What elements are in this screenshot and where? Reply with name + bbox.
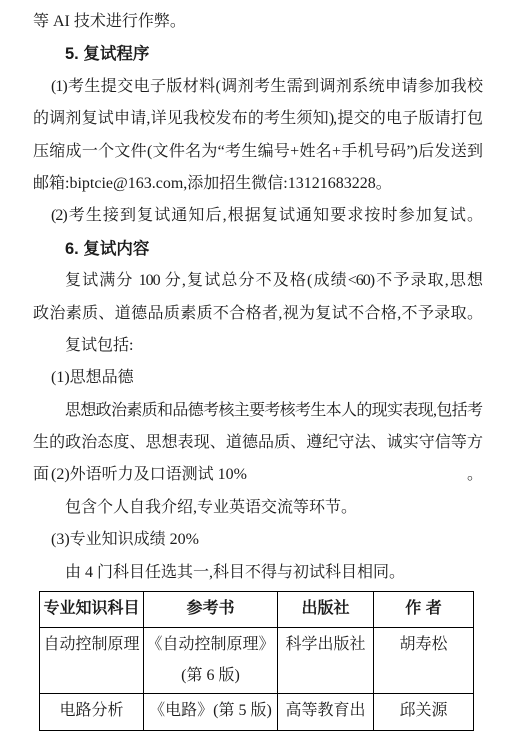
- paragraph-line: 复试满分 100 分,复试总分不及格(成绩<60)不予录取,思想: [33, 265, 482, 297]
- list-item-line: (3)专业知识成绩 20%: [33, 524, 482, 556]
- paragraph-line: 的调剂复试申请,详见我校发布的考生须知),提交的电子版请打包: [33, 103, 482, 135]
- table-header-row: 专业知识科目 参考书 出版社 作 者: [40, 592, 474, 628]
- cell-author: 邱关源: [374, 694, 474, 731]
- cell-publisher: 高等教育出: [278, 694, 374, 731]
- header-publisher: 出版社: [278, 592, 374, 628]
- cell-book: 《自动控制原理》 (第 6 版): [144, 628, 278, 694]
- document-page: 等 AI 技术进行作弊。 5. 复试程序 (1)考生提交电子版材料(调剂考生需到…: [0, 0, 507, 750]
- section-5-heading: 5. 复试程序: [33, 38, 482, 70]
- paragraph-line: (2)考生接到复试通知后,根据复试通知要求按时参加复试。: [33, 200, 482, 232]
- cell-publisher: 科学出版社: [278, 628, 374, 694]
- book-title-line: 《电路》(第 5 版): [146, 695, 275, 726]
- book-title-line: 《自动控制原理》: [146, 629, 275, 660]
- cell-book: 《电路》(第 5 版): [144, 694, 278, 731]
- subject-reference-table: 专业知识科目 参考书 出版社 作 者 自动控制原理 《自动控制原理》 (第 6 …: [39, 591, 474, 731]
- cell-author: 胡寿松: [374, 628, 474, 694]
- cell-subject: 自动控制原理: [40, 628, 144, 694]
- header-book: 参考书: [144, 592, 278, 628]
- table-row: 自动控制原理 《自动控制原理》 (第 6 版) 科学出版社 胡寿松: [40, 628, 474, 694]
- paragraph-line: 包含个人自我介绍,专业英语交流等环节。: [33, 492, 482, 524]
- header-subject: 专业知识科目: [40, 592, 144, 628]
- section-6-heading: 6. 复试内容: [33, 233, 482, 265]
- paragraph-line: 压缩成一个文件(文件名为“考生编号+姓名+手机号码”)后发送到: [33, 136, 482, 168]
- paragraph-line: 政治素质、道德品质素质不合格者,视为复试不合格,不予录取。: [33, 298, 482, 330]
- list-item-line: (1)思想品德: [33, 362, 482, 394]
- header-author: 作 者: [374, 592, 474, 628]
- book-edition-line: (第 6 版): [146, 660, 275, 691]
- paragraph-line: 等 AI 技术进行作弊。: [33, 6, 482, 38]
- email-contact-line: 邮箱:biptcie@163.com,添加招生微信:13121683228。: [33, 168, 482, 200]
- document-body: 等 AI 技术进行作弊。 5. 复试程序 (1)考生提交电子版材料(调剂考生需到…: [33, 6, 482, 589]
- paragraph-line: (1)考生提交电子版材料(调剂考生需到调剂系统申请参加我校: [33, 71, 482, 103]
- cell-subject: 电路分析: [40, 694, 144, 731]
- paragraph-line: 由 4 门科目任选其一,科目不得与初试科目相同。: [33, 557, 482, 589]
- paragraph-line: 复试包括:: [33, 330, 482, 362]
- paragraph-line: 生的政治态度、思想表现、道德品质、遵纪守法、诚实守信等方面。: [33, 427, 482, 459]
- table-row: 电路分析 《电路》(第 5 版) 高等教育出 邱关源: [40, 694, 474, 731]
- paragraph-line: 思想政治素质和品德考核主要考核考生本人的现实表现,包括考: [33, 395, 482, 427]
